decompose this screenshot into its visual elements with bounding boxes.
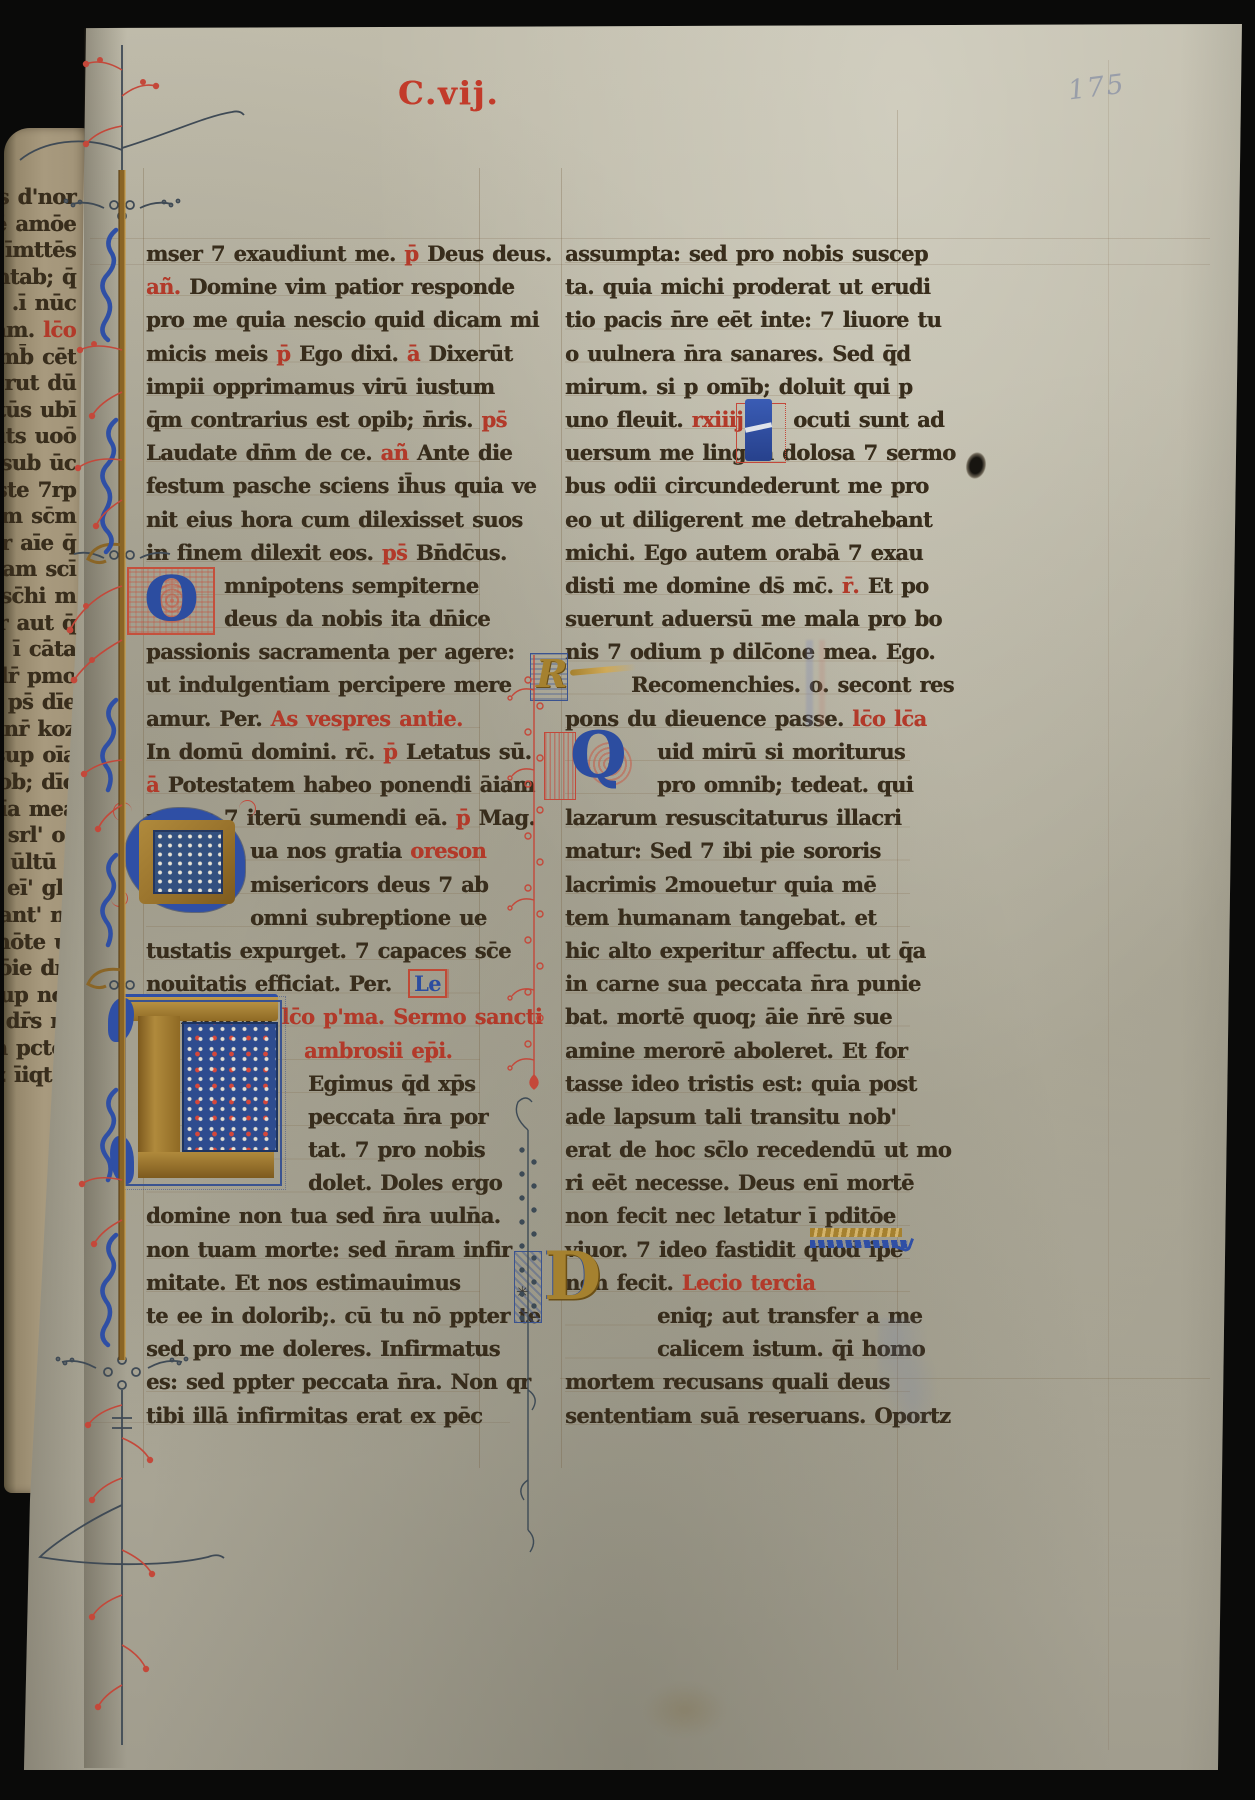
manuscript-text-line: sententiam suā reseruans. Oportz <box>565 1399 910 1432</box>
text-segment: Recomenchies. o. secont res <box>631 672 954 697</box>
text-segment: Bn̄dc̄us. <box>416 540 507 565</box>
text-segment: matur: Sed 7 ibi pie sororis <box>565 838 881 863</box>
text-segment: suerunt aduersū me mala pro bo <box>565 606 942 631</box>
text-segment: in carne sua peccata n̄ra punie <box>565 971 921 996</box>
text-segment: dolet. Doles ergo <box>308 1170 502 1195</box>
text-segment: Le <box>408 969 447 998</box>
text-segment: tat. 7 pro nobis <box>308 1137 485 1162</box>
text-segment: p̄ <box>383 739 406 764</box>
manuscript-text-line: mortem recusans quali deus <box>565 1365 910 1398</box>
text-segment: Ante die <box>417 440 512 465</box>
manuscript-text-line: hic alto experitur affectu. ut q̄a <box>565 934 910 967</box>
gold-tail-stroke <box>570 664 636 676</box>
left-margin-border-decoration <box>0 30 300 1770</box>
gold-blue-line-filler <box>810 1226 908 1252</box>
manuscript-text-line: calicem istum. q̄i homo <box>565 1332 910 1365</box>
text-segment: Deus deus. <box>427 241 551 266</box>
manuscript-text-line: ri eēt necesse. Deus enī mortē <box>565 1166 910 1199</box>
text-segment: bat. mortē quoq; āie n̄rē sue <box>565 1004 892 1029</box>
manuscript-text-line: mirum. si p omīb; doluit qui p <box>565 370 910 403</box>
text-segment: mortem recusans quali deus <box>565 1369 890 1394</box>
text-segment: Lecio tercia <box>682 1270 816 1295</box>
text-segment: michi. Ego autem orabā 7 exau <box>565 540 923 565</box>
text-segment: Et po <box>868 573 929 598</box>
text-segment: lazarum resuscitaturus illacri <box>565 805 901 830</box>
text-segment: assumpta: sed pro nobis suscep <box>565 241 928 266</box>
text-segment: hic alto experitur affectu. ut q̄a <box>565 938 925 963</box>
text-segment: ade lapsum tali transitu nob' <box>565 1104 896 1129</box>
manuscript-text-line: bus odii circundederunt me pro <box>565 469 910 502</box>
text-segment: bus odii circundederunt me pro <box>565 473 929 498</box>
text-segment: Dixerūt <box>429 341 513 366</box>
manuscript-text-line: suerunt aduersū me mala pro bo <box>565 602 910 635</box>
manuscript-text-line: amine merorē aboleret. Et for <box>565 1034 910 1067</box>
text-segment: lacrimis 2mouetur quia mē <box>565 872 876 897</box>
chapter-heading: C.vij. <box>398 74 500 112</box>
manuscript-text-line: disti me domine ds̄ mc̄. r̄. Et po <box>565 569 910 602</box>
manuscript-text-line: tasse ideo tristis est: quia post <box>565 1067 910 1100</box>
text-segment: tasse ideo tristis est: quia post <box>565 1071 917 1096</box>
text-segment: añ <box>381 440 417 465</box>
manuscript-text-line: erat de hoc sc̄lo recedendū ut mo <box>565 1133 910 1166</box>
pigment-offset-smudge <box>806 640 832 726</box>
manuscript-text-line: ade lapsum tali transitu nob' <box>565 1100 910 1133</box>
parchment-stain <box>640 1680 730 1740</box>
text-segment: p̄ <box>404 241 427 266</box>
text-segment: Ego dixi. <box>299 341 407 366</box>
manuscript-text-line: lazarum resuscitaturus illacri <box>565 801 910 834</box>
manuscript-text-line: tio pacis n̄re eēt inte: 7 liuore tu <box>565 303 910 336</box>
initial-letter: Q <box>570 718 626 793</box>
manuscript-text-line: eo ut diligerent me detrahebant <box>565 503 910 536</box>
text-segment: pro omnib; tedeat. qui <box>657 772 913 797</box>
text-segment: ps̄ <box>382 540 416 565</box>
manuscript-text-line: lacrimis 2mouetur quia mē <box>565 868 910 901</box>
gold-filler-bar <box>810 1228 902 1237</box>
text-segment: ri eēt necesse. Deus enī mortē <box>565 1170 914 1195</box>
text-segment: ocuti sunt ad <box>793 407 944 432</box>
text-segment: ā <box>407 341 429 366</box>
manuscript-text-line: ta. quia michi proderat ut erudi <box>565 270 910 303</box>
text-segment: peccata n̄ra por <box>308 1104 488 1129</box>
manuscript-text-line: in carne sua peccata n̄ra punie <box>565 967 910 1000</box>
illuminated-initial-locuti <box>736 399 790 467</box>
manuscript-text-line: matur: Sed 7 ibi pie sororis <box>565 834 910 867</box>
text-segment: amine merorē aboleret. Et for <box>565 1038 907 1063</box>
text-segment: erat de hoc sc̄lo recedendū ut mo <box>565 1137 951 1162</box>
show-through-smudge <box>878 1318 936 1426</box>
text-segment: non fecit nec letatur ī pditōe <box>565 1203 895 1228</box>
text-segment: p̄ <box>456 805 479 830</box>
text-segment: oreson <box>410 838 486 863</box>
text-segment: r̄. <box>842 573 868 598</box>
text-segment: uid mirū si moriturus <box>657 739 905 764</box>
text-segment: o uulnera n̄ra sanares. Sed q̄d <box>565 341 910 366</box>
text-segment: mirum. si p omīb; doluit qui p <box>565 374 912 399</box>
text-segment: ambrosii ep̄i. <box>304 1038 452 1063</box>
manuscript-photo: { "page": { "heading": "C.vij.", "folio_… <box>0 0 1255 1800</box>
intercolumn-penwork <box>498 630 568 1560</box>
blue-filler-bar <box>810 1240 908 1248</box>
manuscript-text-line: o uulnera n̄ra sanares. Sed q̄d <box>565 337 910 370</box>
text-segment: lc̄o lc̄a <box>852 706 926 731</box>
text-segment: tem humanam tangebat. et <box>565 905 876 930</box>
text-segment: Egimus q̄d xp̄s <box>308 1071 475 1096</box>
manuscript-text-line: bat. mortē quoq; āie n̄rē sue <box>565 1000 910 1033</box>
text-segment: uno fleuit. <box>565 407 692 432</box>
text-segment: eo ut diligerent me detrahebant <box>565 507 932 532</box>
text-segment: tio pacis n̄re eēt inte: 7 liuore tu <box>565 307 941 332</box>
manuscript-text-line: assumpta: sed pro nobis suscep <box>565 237 910 270</box>
text-segment: ta. quia michi proderat ut erudi <box>565 274 930 299</box>
manuscript-text-line: tem humanam tangebat. et <box>565 901 910 934</box>
text-segment: disti me domine ds̄ mc̄. <box>565 573 842 598</box>
manuscript-text-line: michi. Ego autem orabā 7 exau <box>565 536 910 569</box>
text-segment: ps̄ <box>481 407 506 432</box>
